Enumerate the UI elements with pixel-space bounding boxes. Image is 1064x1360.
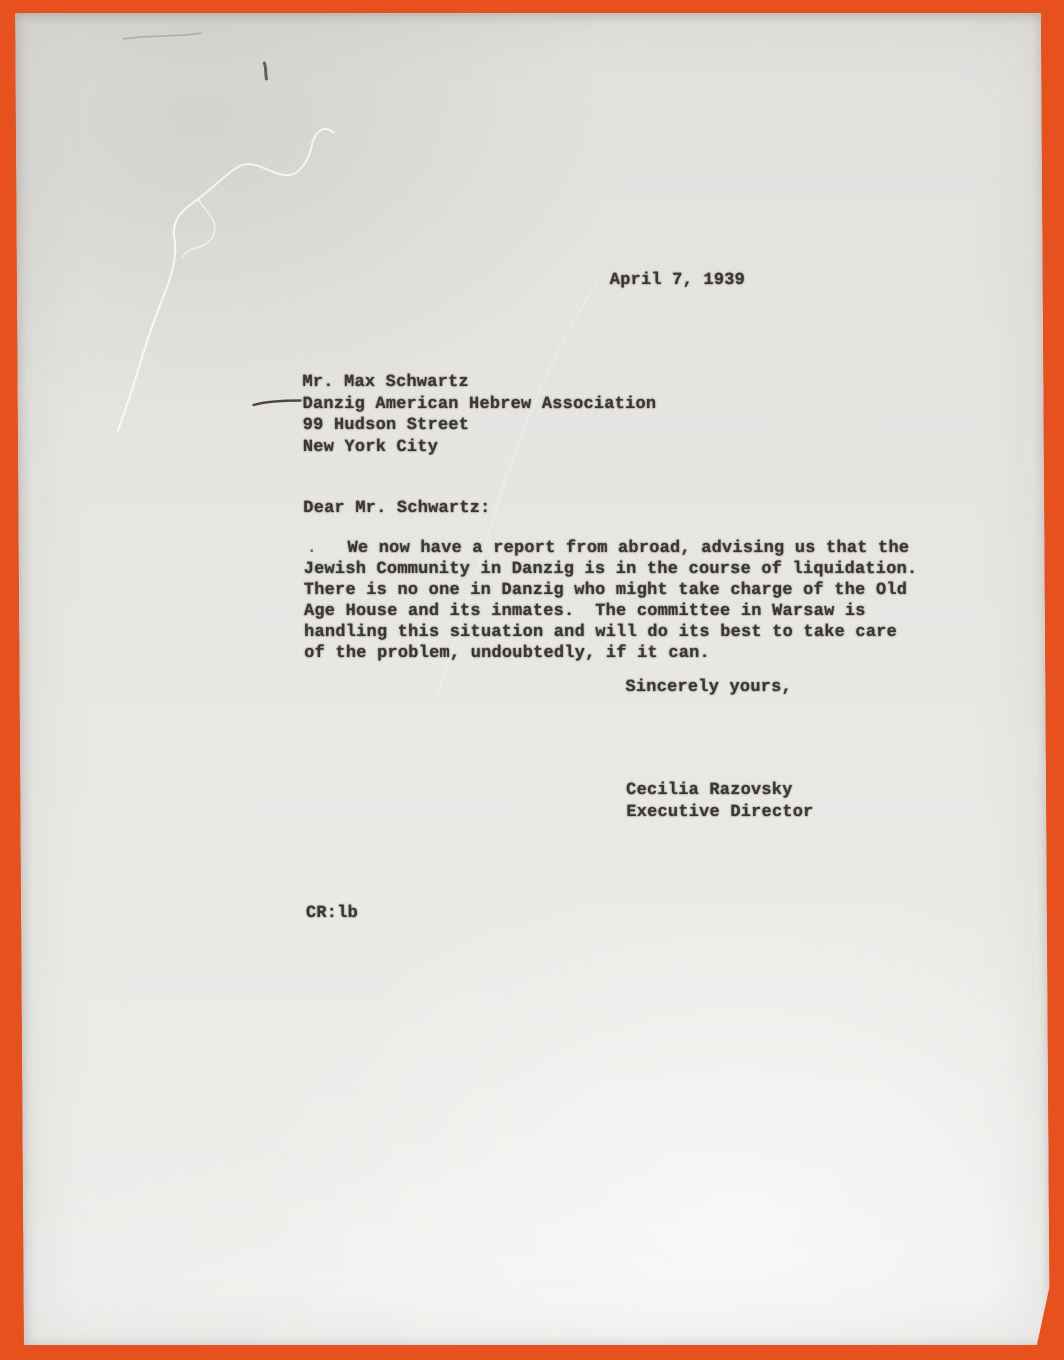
letter-paper: April 7, 1939 Mr. Max Schwartz Danzig Am… [15, 13, 1050, 1345]
body-line: Jewish Community in Danzig is in the cou… [304, 559, 918, 580]
closing: Sincerely yours, [625, 677, 792, 698]
letter-body: We now have a report from abroad, advisi… [303, 538, 918, 664]
letter-date: April 7, 1939 [610, 270, 745, 291]
recipient-organization: Danzig American Hebrew Association [303, 394, 657, 416]
signature-name: Cecilia Razovsky [626, 780, 813, 802]
recipient-city: New York City [303, 437, 657, 459]
paper-crease-secondary [182, 199, 215, 257]
body-line: handling this situation and will do its … [304, 622, 918, 643]
body-line: Age House and its inmates. The committee… [304, 601, 918, 622]
reference-initials: CR:lb [306, 903, 358, 924]
signature-title: Executive Director [626, 802, 813, 824]
salutation: Dear Mr. Schwartz: [303, 498, 490, 519]
body-line: We now have a report from abroad, advisi… [303, 538, 917, 559]
signature-block: Cecilia Razovsky Executive Director [626, 780, 814, 823]
body-line: of the problem, undoubtedly, if it can. [304, 643, 918, 664]
handwritten-dash-annotation [254, 401, 301, 406]
recipient-name: Mr. Max Schwartz [302, 372, 656, 394]
recipient-street: 99 Hudson Street [303, 415, 657, 437]
pencil-scribble-mark [123, 33, 201, 39]
scanned-letter-page: { "page": { "border_color": "#e7511e", "… [0, 0, 1064, 1360]
ink-tick-mark [264, 63, 266, 79]
recipient-address-block: Mr. Max Schwartz Danzig American Hebrew … [302, 372, 656, 458]
paper-marks-overlay [15, 13, 1050, 1345]
body-line: There is no one in Danzig who might take… [304, 580, 918, 601]
